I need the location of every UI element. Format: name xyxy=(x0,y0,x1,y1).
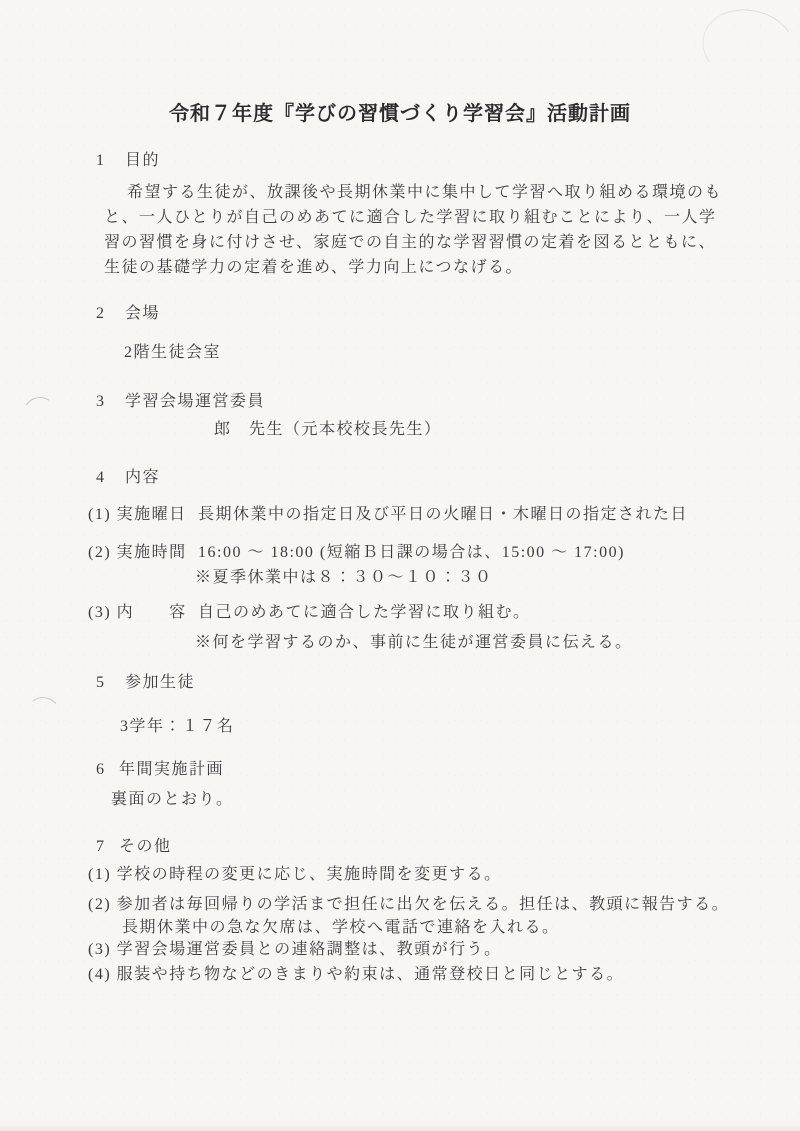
section-number: 1 xyxy=(96,148,125,173)
other-item: (4) 服装や持ち物などのきまりや約束は、通常登校日と同じとする。 xyxy=(88,962,624,987)
page-curl-mark xyxy=(694,0,800,94)
section-heading-label: 会場 xyxy=(125,305,160,322)
committee-member-text: 郎 先生（元本校校長先生） xyxy=(214,417,442,442)
section-number: 2 xyxy=(96,301,125,326)
activity-note: ※何を学習するのか、事前に生徒が運営委員に伝える。 xyxy=(195,630,633,655)
punch-hole-mark xyxy=(24,695,61,732)
section-number: 5 xyxy=(96,670,125,695)
summer-hours-note: ※夏季休業中は８：３０～１０：３０ xyxy=(195,565,493,590)
paragraph-line: 習の習慣を身に付けさせ、家庭での自主的な学習習慣の定着を図るとともに、 xyxy=(104,230,722,255)
section-6-heading: 6年間実施計画 xyxy=(96,757,224,782)
section-5-heading: 5参加生徒 xyxy=(96,670,195,695)
annual-plan-text: 裏面のとおり。 xyxy=(111,787,234,812)
section-heading-label: 目的 xyxy=(125,152,160,169)
paragraph-line: と、一人ひとりが自己のめあてに適合した学習に取り組むことにより、一人学 xyxy=(104,205,722,230)
punch-hole-mark xyxy=(20,394,60,434)
section-heading-label: 参加生徒 xyxy=(125,674,195,691)
section-7-heading: 7その他 xyxy=(96,834,172,859)
paragraph-line: 希望する生徒が、放課後や長期休業中に集中して学習へ取り組める環境のも xyxy=(104,180,722,205)
page-title: 令和７年度『学びの習慣づくり学習会』活動計画 xyxy=(0,101,800,127)
section-heading-label: その他 xyxy=(119,838,172,855)
item-text: 自己のめあてに適合した学習に取り組む。 xyxy=(198,604,531,621)
content-item-activity: (3) 内 容自己のめあてに適合した学習に取り組む。 xyxy=(88,600,531,625)
section-number: 3 xyxy=(96,389,125,414)
content-item-hours: (2) 実施時間16:00 ～ 18:00 (短縮Ｂ日課の場合は、15:00 ～… xyxy=(88,540,625,565)
section-number: 7 xyxy=(96,834,119,859)
scanned-document-page: 令和７年度『学びの習慣づくり学習会』活動計画 1目的 希望する生徒が、放課後や長… xyxy=(0,0,800,1131)
other-item: (2) 参加者は毎回帰りの学活まで担任に出欠を伝える。担任は、教頭に報告する。 xyxy=(88,892,729,917)
section-4-heading: 4内容 xyxy=(96,465,160,490)
purpose-paragraph: 希望する生徒が、放課後や長期休業中に集中して学習へ取り組める環境のも と、一人ひ… xyxy=(104,180,722,280)
section-number: 4 xyxy=(96,465,125,490)
section-2-heading: 2会場 xyxy=(96,301,160,326)
section-number: 6 xyxy=(96,757,119,782)
participants-text: 3学年：１７名 xyxy=(120,714,235,739)
paragraph-line: 生徒の基礎学力の定着を進め、学力向上につなげる。 xyxy=(104,255,722,280)
section-heading-label: 年間実施計画 xyxy=(119,761,224,778)
section-1-heading: 1目的 xyxy=(96,148,160,173)
item-label: (2) 実施時間 xyxy=(88,540,198,565)
section-heading-label: 学習会場運営委員 xyxy=(125,393,265,410)
section-3-heading: 3学習会場運営委員 xyxy=(96,389,265,414)
other-item: (3) 学習会場運営委員との連絡調整は、教頭が行う。 xyxy=(88,937,502,962)
content-item-days: (1) 実施曜日長期休業中の指定日及び平日の火曜日・木曜日の指定された日 xyxy=(88,502,688,527)
item-text: 長期休業中の指定日及び平日の火曜日・木曜日の指定された日 xyxy=(198,506,688,523)
section-heading-label: 内容 xyxy=(125,469,160,486)
scan-edge-shadow xyxy=(0,1124,800,1131)
item-label: (1) 実施曜日 xyxy=(88,502,198,527)
other-item: (1) 学校の時程の変更に応じ、実施時間を変更する。 xyxy=(88,862,502,887)
item-text: 16:00 ～ 18:00 (短縮Ｂ日課の場合は、15:00 ～ 17:00) xyxy=(198,544,625,561)
venue-text: 2階生徒会室 xyxy=(124,340,221,365)
item-label: (3) 内 容 xyxy=(88,600,198,625)
